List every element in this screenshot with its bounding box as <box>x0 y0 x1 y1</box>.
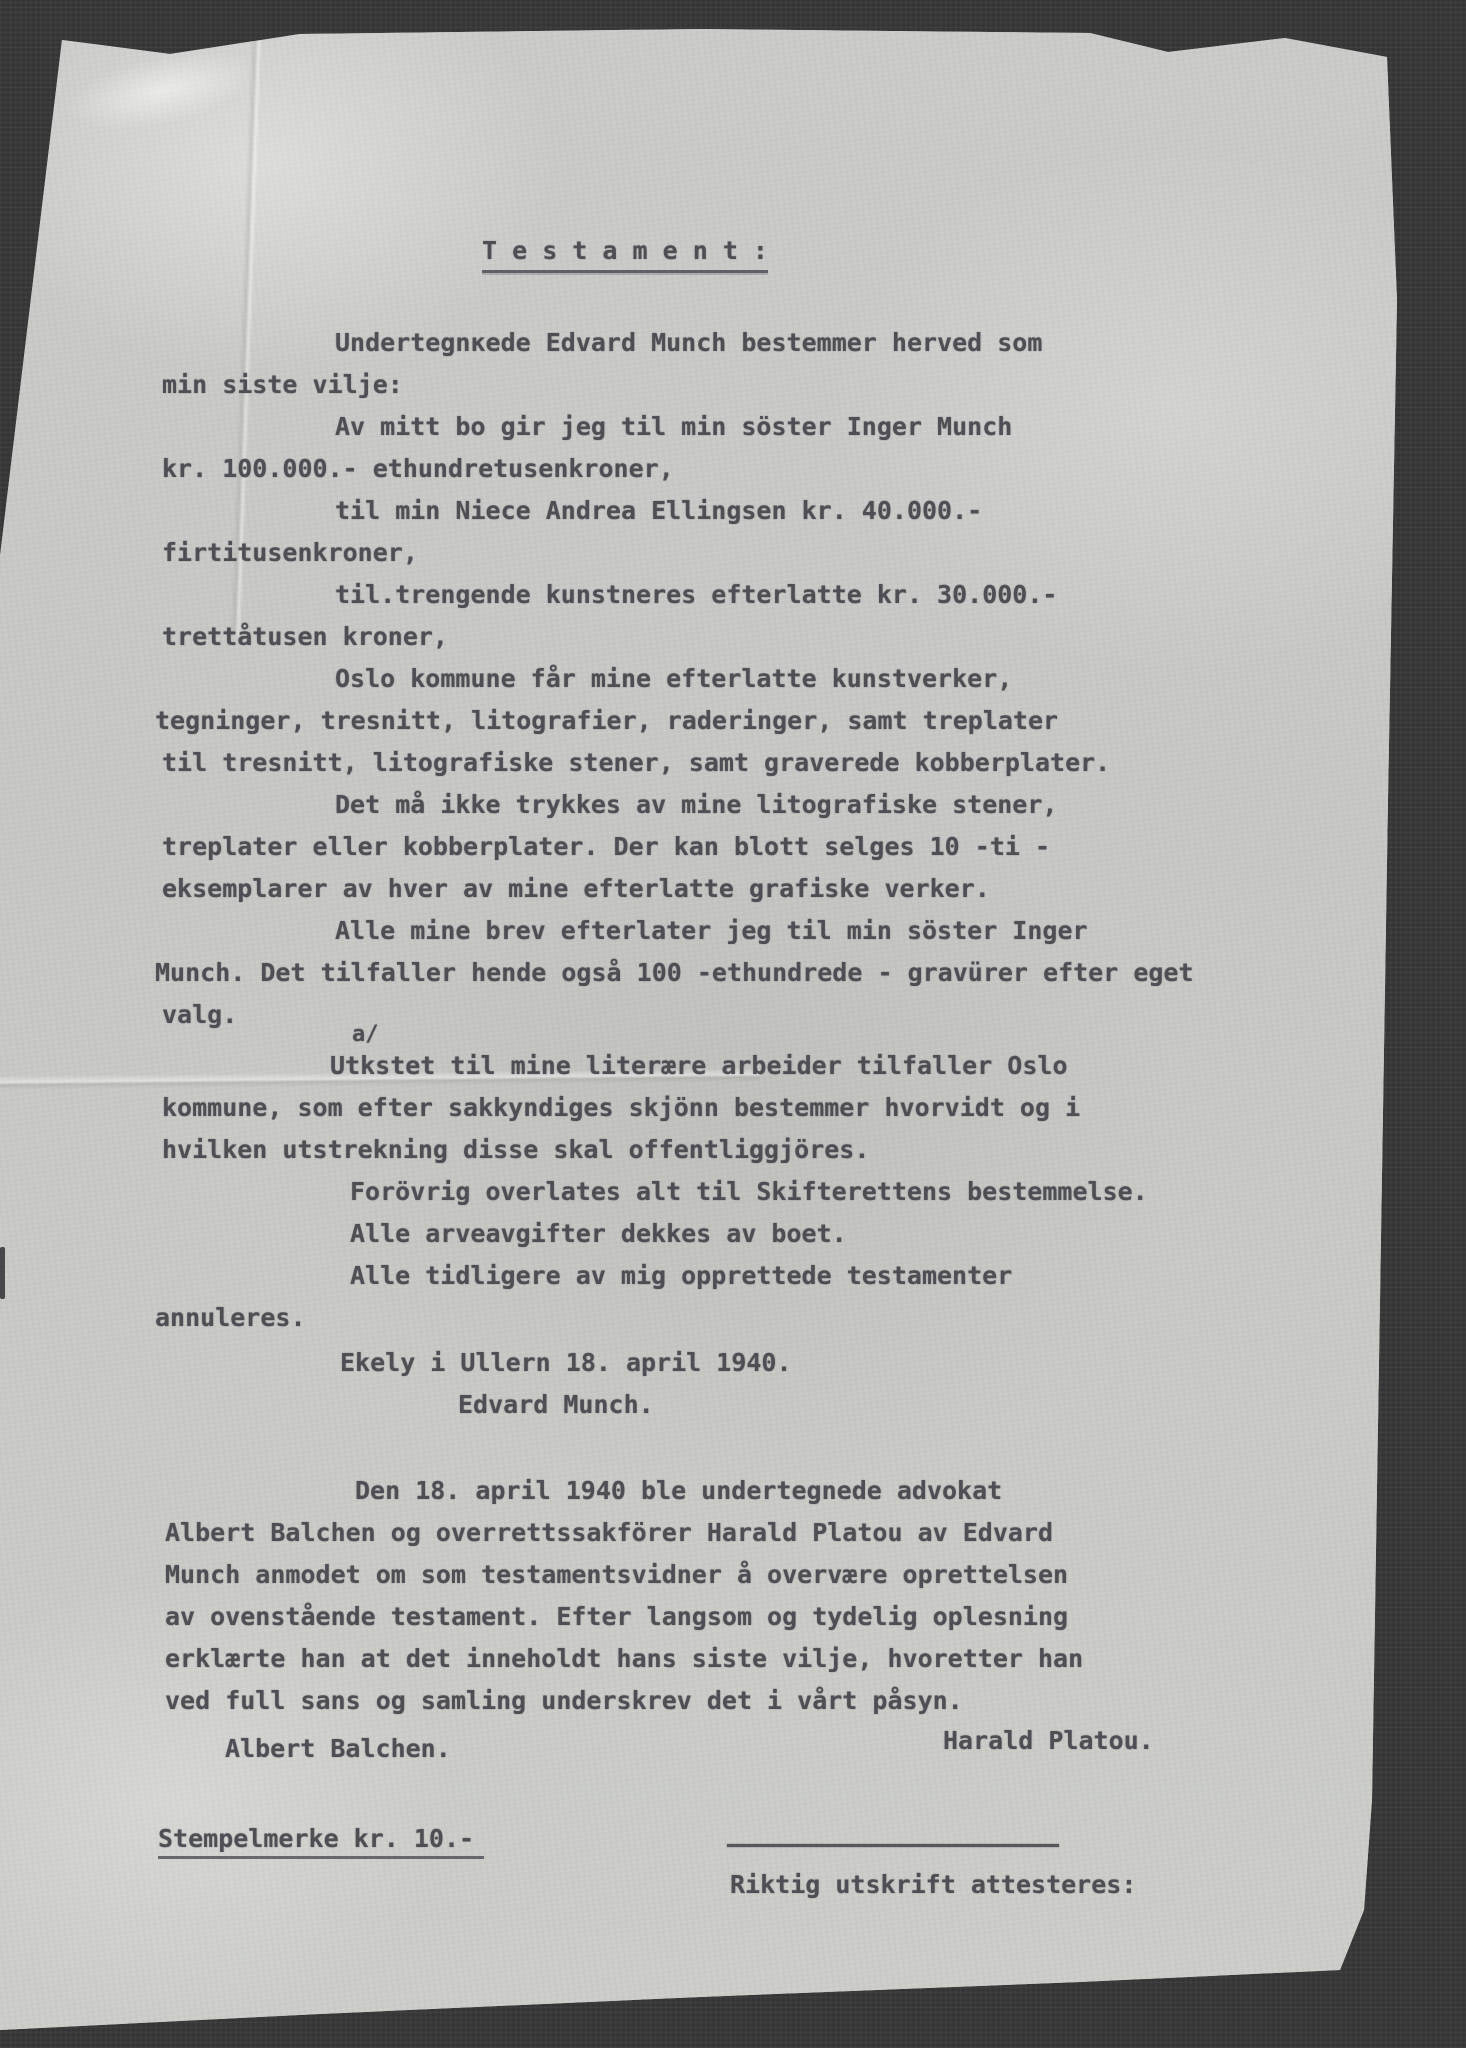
document-line: kr. 100.000.- ethundretusenkroner, <box>162 456 674 481</box>
signature-albert-balchen: Albert Balchen. <box>225 1736 451 1761</box>
document-line: hvilken utstrekning disse skal offentlig… <box>162 1137 869 1162</box>
document-line: kommune, som efter sakkyndiges skjönn be… <box>162 1095 1080 1120</box>
document-line: Ekely i Ullern 18. april 1940. <box>340 1350 792 1375</box>
document-line: annuleres. <box>155 1305 306 1330</box>
document-line: Edvard Munch. <box>458 1392 654 1417</box>
document-line: Det må ikke trykkes av mine litografiske… <box>335 792 1057 817</box>
document-line: Munch anmodet om som testamentsvidner å … <box>165 1562 1068 1587</box>
signature-harald-platou: Harald Platou. <box>943 1728 1154 1753</box>
stamp-note: Stempelmerke kr. 10.- <box>158 1826 484 1859</box>
document-line: firtitusenkroner, <box>162 540 418 565</box>
document-line: Den 18. april 1940 ble undertegnede advo… <box>355 1478 1002 1503</box>
document-line: til.trengende kunstneres efterlatte kr. … <box>335 582 1057 607</box>
document-line: til tresnitt, litografiske stener, samt … <box>162 750 1110 775</box>
document-line: Oslo kommune får mine efterlatte kunstve… <box>335 666 1012 691</box>
document-line: tegninger, tresnitt, litografier, raderi… <box>155 708 1058 733</box>
insertion-mark: a/ <box>352 1024 379 1046</box>
document-line: Munch. Det tilfaller hende også 100 -eth… <box>155 960 1194 985</box>
paper-fold-crease <box>51 14 324 156</box>
document-line: Forövrig overlates alt til Skifterettens… <box>350 1179 1148 1204</box>
document-line: ved full sans og samling underskrev det … <box>165 1688 963 1713</box>
document-line: Alle mine brev efterlater jeg til min sö… <box>335 918 1088 943</box>
document-title: T e s t a m e n t : <box>482 238 768 273</box>
document-line: trettåtusen kroner, <box>162 624 448 649</box>
edge-mark <box>0 1247 5 1299</box>
document-line: treplater eller kobberplater. Der kan bl… <box>162 834 1050 859</box>
document-line: min siste vilje: <box>162 372 403 397</box>
document-line: Utkstet til mine literære arbeider tilfa… <box>330 1053 1068 1078</box>
photo-background: T e s t a m e n t : Undertegnĸede Edvard… <box>0 0 1466 2048</box>
document-line: Av mitt bo gir jeg til min söster Inger … <box>335 414 1012 439</box>
attestation-label: Riktig utskrift attesteres: <box>730 1872 1136 1897</box>
document-line: til min Niece Andrea Ellingsen kr. 40.00… <box>335 498 982 523</box>
document-line: Undertegnĸede Edvard Munch bestemmer her… <box>335 330 1042 355</box>
document-line: Albert Balchen og overrettssakförer Hara… <box>165 1520 1053 1545</box>
document-page: T e s t a m e n t : Undertegnĸede Edvard… <box>0 0 1466 2048</box>
document-line: av ovenstående testament. Efter langsom … <box>165 1604 1068 1629</box>
document-line: Alle tidligere av mig opprettede testame… <box>350 1263 1012 1288</box>
signature-rule <box>727 1844 1059 1847</box>
document-line: valg. <box>162 1002 237 1027</box>
document-line: eksemplarer av hver av mine efterlatte g… <box>162 876 990 901</box>
document-line: erklærte han at det inneholdt hans siste… <box>165 1646 1083 1671</box>
document-line: Alle arveavgifter dekkes av boet. <box>350 1221 847 1246</box>
